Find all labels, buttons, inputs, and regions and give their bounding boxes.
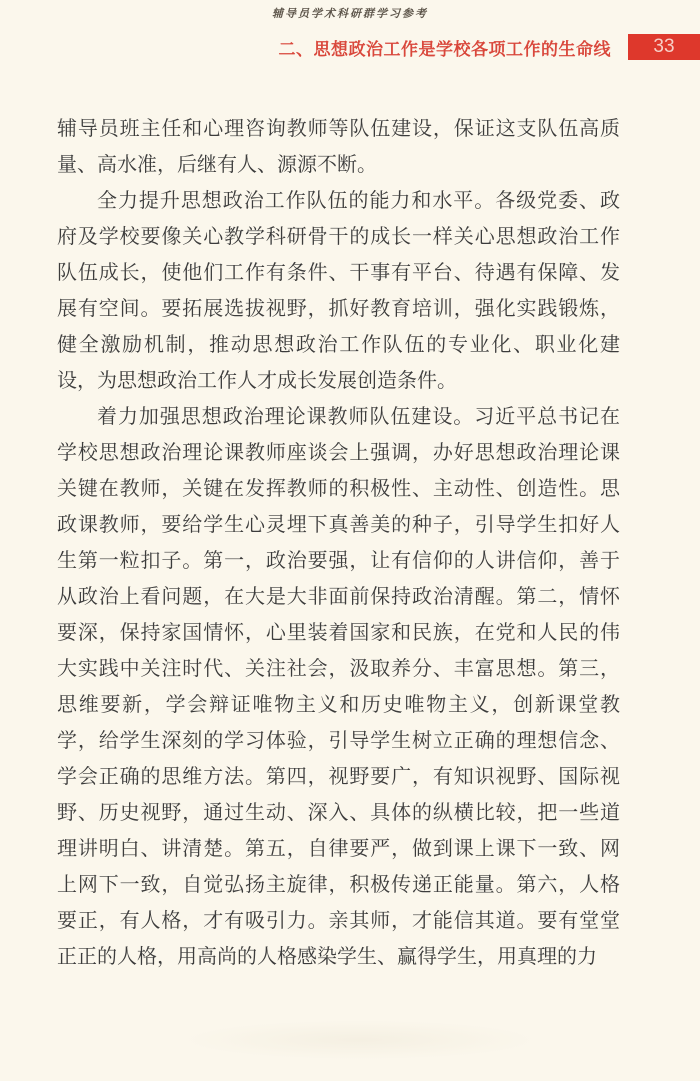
page-number-badge: 33 bbox=[628, 34, 700, 60]
text-line: 要深，保持家国情怀，心里装着国家和民族，在党和人民的伟 bbox=[57, 615, 620, 651]
text-line: 府及学校要像关心教学科研骨干的成长一样关心思想政治工作 bbox=[57, 219, 620, 255]
page-number: 33 bbox=[653, 36, 674, 58]
text-line: 上网下一致，自觉弘扬主旋律，积极传递正能量。第六，人格 bbox=[57, 867, 620, 903]
text-line: 全力提升思想政治工作队伍的能力和水平。各级党委、政 bbox=[57, 183, 620, 219]
text-line: 生第一粒扣子。第一，政治要强，让有信仰的人讲信仰，善于 bbox=[57, 543, 620, 579]
text-line: 着力加强思想政治理论课教师队伍建设。习近平总书记在 bbox=[57, 399, 620, 435]
text-line: 学，给学生深刻的学习体验，引导学生树立正确的理想信念、 bbox=[57, 723, 620, 759]
text-line: 展有空间。要拓展选拔视野，抓好教育培训，强化实践锻炼， bbox=[57, 291, 620, 327]
text-line: 量、高水准，后继有人、源源不断。 bbox=[57, 147, 620, 183]
text-line: 正正的人格，用高尚的人格感染学生、赢得学生，用真理的力 bbox=[57, 939, 620, 975]
text-line: 学会正确的思维方法。第四，视野要广，有知识视野、国际视 bbox=[57, 759, 620, 795]
text-line: 辅导员班主任和心理咨询教师等队伍建设，保证这支队伍高质 bbox=[57, 111, 620, 147]
chapter-title: 二、思想政治工作是学校各项工作的生命线 bbox=[279, 33, 612, 60]
text-line: 思维要新，学会辩证唯物主义和历史唯物主义，创新课堂教 bbox=[57, 687, 620, 723]
text-line: 健全激励机制，推动思想政治工作队伍的专业化、职业化建 bbox=[57, 327, 620, 363]
paragraph-2: 全力提升思想政治工作队伍的能力和水平。各级党委、政府及学校要像关心教学科研骨干的… bbox=[57, 183, 620, 399]
text-line: 学校思想政治理论课教师座谈会上强调，办好思想政治理论课 bbox=[57, 435, 620, 471]
page-showthrough bbox=[180, 1020, 540, 1060]
paragraph-3: 着力加强思想政治理论课教师队伍建设。习近平总书记在学校思想政治理论课教师座谈会上… bbox=[57, 399, 620, 975]
text-line: 关键在教师，关键在发挥教师的积极性、主动性、创造性。思 bbox=[57, 471, 620, 507]
text-line: 野、历史视野，通过生动、深入、具体的纵横比较，把一些道 bbox=[57, 795, 620, 831]
text-line: 政课教师，要给学生心灵埋下真善美的种子，引导学生扣好人 bbox=[57, 507, 620, 543]
paragraph-1: 辅导员班主任和心理咨询教师等队伍建设，保证这支队伍高质量、高水准，后继有人、源源… bbox=[57, 111, 620, 183]
text-line: 队伍成长，使他们工作有条件、干事有平台、待遇有保障、发 bbox=[57, 255, 620, 291]
text-line: 要正，有人格，才有吸引力。亲其师，才能信其道。要有堂堂 bbox=[57, 903, 620, 939]
body-text: 辅导员班主任和心理咨询教师等队伍建设，保证这支队伍高质量、高水准，后继有人、源源… bbox=[57, 111, 620, 975]
book-page: { "page": { "running_header": "辅导员学术科研群学… bbox=[0, 0, 700, 1081]
running-header: 辅导员学术科研群学习参考 bbox=[0, 5, 700, 21]
text-line: 理讲明白、讲清楚。第五，自律要严，做到课上课下一致、网 bbox=[57, 831, 620, 867]
text-line: 从政治上看问题，在大是大非面前保持政治清醒。第二，情怀 bbox=[57, 579, 620, 615]
chapter-header-row: 二、思想政治工作是学校各项工作的生命线 33 bbox=[0, 33, 700, 60]
text-line: 设，为思想政治工作人才成长发展创造条件。 bbox=[57, 363, 620, 399]
text-line: 大实践中关注时代、关注社会，汲取养分、丰富思想。第三， bbox=[57, 651, 620, 687]
